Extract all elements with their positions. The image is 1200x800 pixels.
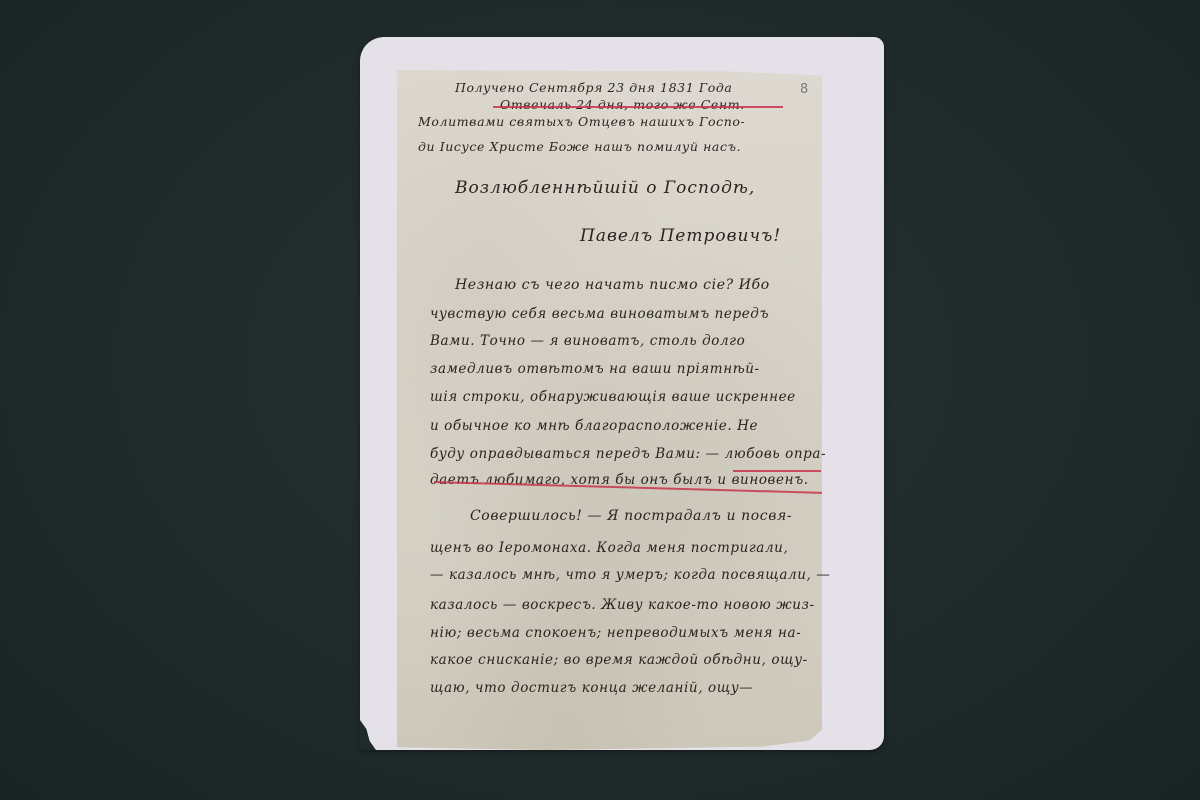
handwritten-letter-sheet (397, 70, 822, 750)
salutation-line-1: Возлюбленнѣйшій о Господѣ, (455, 178, 755, 198)
body-line: нію; весьма спокоенъ; непреводимыхъ меня… (430, 625, 801, 641)
invocation-line-1: Молитвами святыхъ Отцевъ нашихъ Госпо- (418, 114, 745, 129)
answered-date-line: Отвечаль 24 дня, того же Сент. (500, 97, 745, 112)
body-line: щенъ во Іеромонаха. Когда меня постригал… (430, 540, 788, 556)
body-line: казалось — воскресъ. Живу какое-то новою… (430, 597, 815, 613)
red-underline-answered (493, 106, 783, 108)
body-line: — казалось мнѣ, что я умеръ; когда посвя… (430, 567, 830, 583)
body-line: чувствую себя весьма виноватымъ передъ (430, 306, 769, 322)
body-line: Незнаю съ чего начать писмо сіе? Ибо (455, 277, 770, 293)
received-date-line: Получено Сентября 23 дня 1831 Года (455, 80, 732, 95)
body-line: щаю, что достигъ конца желаній, ощу— (430, 680, 753, 696)
invocation-line-2: ди Іисусе Христе Боже нашъ помилуй насъ. (418, 139, 741, 154)
body-line: Совершилось! — Я пострадалъ и посвя- (470, 508, 792, 524)
body-line: Вами. Точно — я виноватъ, столь долго (430, 333, 745, 349)
page-number: 8 (800, 82, 808, 97)
body-line: какое снисканіе; во время каждой обѣдни,… (430, 652, 808, 668)
salutation-name: Павелъ Петровичъ! (580, 226, 781, 246)
body-line: буду оправдываться передъ Вами: — любовь… (430, 446, 826, 462)
body-line: шія строки, обнаруживающія ваше искренне… (430, 389, 796, 405)
body-line: и обычное ко мнѣ благорасположеніе. Не (430, 418, 758, 434)
body-line: замедливъ отвѣтомъ на ваши пріятнѣй- (430, 361, 760, 377)
